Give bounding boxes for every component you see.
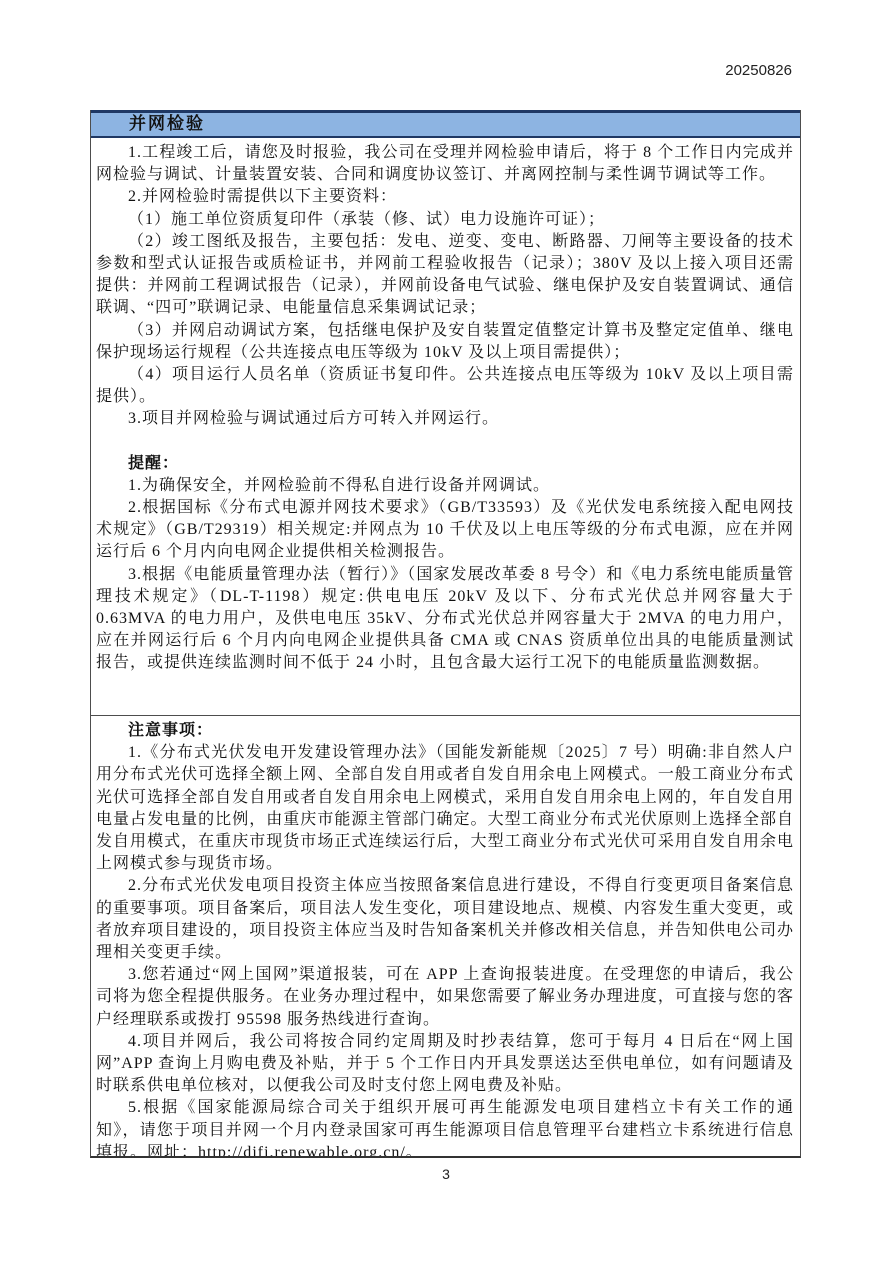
notes-title: 注意事项：: [96, 720, 794, 742]
paragraph-inspection-4: （2）竣工图纸及报告，主要包括：发电、逆变、变电、断路器、刀闸等主要设备的技术参…: [96, 231, 794, 320]
paragraph-inspection-5: （3）并网启动调试方案，包括继电保护及安自装置定值整定计算书及整定定值单、继电保…: [96, 320, 794, 364]
section-header-grid-inspection: 并网检验: [91, 110, 800, 138]
paragraph-note-2: 2.分布式光伏发电项目投资主体应当按照备案信息进行建设，不得自行变更项目备案信息…: [96, 875, 794, 964]
paragraph-note-3: 3.您若通过“网上国网”渠道报装，可在 APP 上查询报装进度。在受理您的申请后…: [96, 964, 794, 1031]
paragraph-reminder-2: 2.根据国标《分布式电源并网技术要求》（GB/T33593）及《光伏发电系统接入…: [96, 497, 794, 564]
paragraph-inspection-6: （4）项目运行人员名单（资质证书复印件。公共连接点电压等级为 10kV 及以上项…: [96, 364, 794, 408]
paragraph-inspection-7: 3.项目并网检验与调试通过后方可转入并网运行。: [96, 408, 794, 430]
paragraph-inspection-1: 1.工程竣工后，请您及时报验，我公司在受理并网检验申请后，将于 8 个工作日内完…: [96, 142, 794, 186]
paragraph-note-1: 1.《分布式光伏发电开发建设管理办法》（国能发新能规〔2025〕7 号）明确:非…: [96, 742, 794, 875]
blank-line: [96, 431, 794, 453]
page-number: 3: [0, 1166, 892, 1182]
notes-content-cell: 注意事项： 1.《分布式光伏发电开发建设管理办法》（国能发新能规〔2025〕7 …: [91, 715, 800, 1156]
paragraph-note-4: 4.项目并网后，我公司将按合同约定周期及时抄表结算，您可于每月 4 日后在“网上…: [96, 1031, 794, 1098]
document-date: 20250826: [725, 62, 792, 79]
grid-connection-table: 并网检验 1.工程竣工后，请您及时报验，我公司在受理并网检验申请后，将于 8 个…: [90, 110, 801, 1158]
paragraph-reminder-1: 1.为确保安全，并网检验前不得私自进行设备并网调试。: [96, 475, 794, 497]
paragraph-reminder-3: 3.根据《电能质量管理办法（暂行）》（国家发展改革委 8 号令）和《电力系统电能…: [96, 564, 794, 675]
section-header-title: 并网检验: [129, 114, 205, 133]
paragraph-note-5: 5.根据《国家能源局综合司关于组织开展可再生能源发电项目建档立卡有关工作的通知》…: [96, 1097, 794, 1156]
reminder-title: 提醒：: [96, 453, 794, 475]
paragraph-inspection-2: 2.并网检验时需提供以下主要资料：: [96, 186, 794, 208]
inspection-content-cell: 1.工程竣工后，请您及时报验，我公司在受理并网检验申请后，将于 8 个工作日内完…: [91, 138, 800, 715]
paragraph-inspection-3: （1）施工单位资质复印件（承装（修、试）电力设施许可证）；: [96, 209, 794, 231]
